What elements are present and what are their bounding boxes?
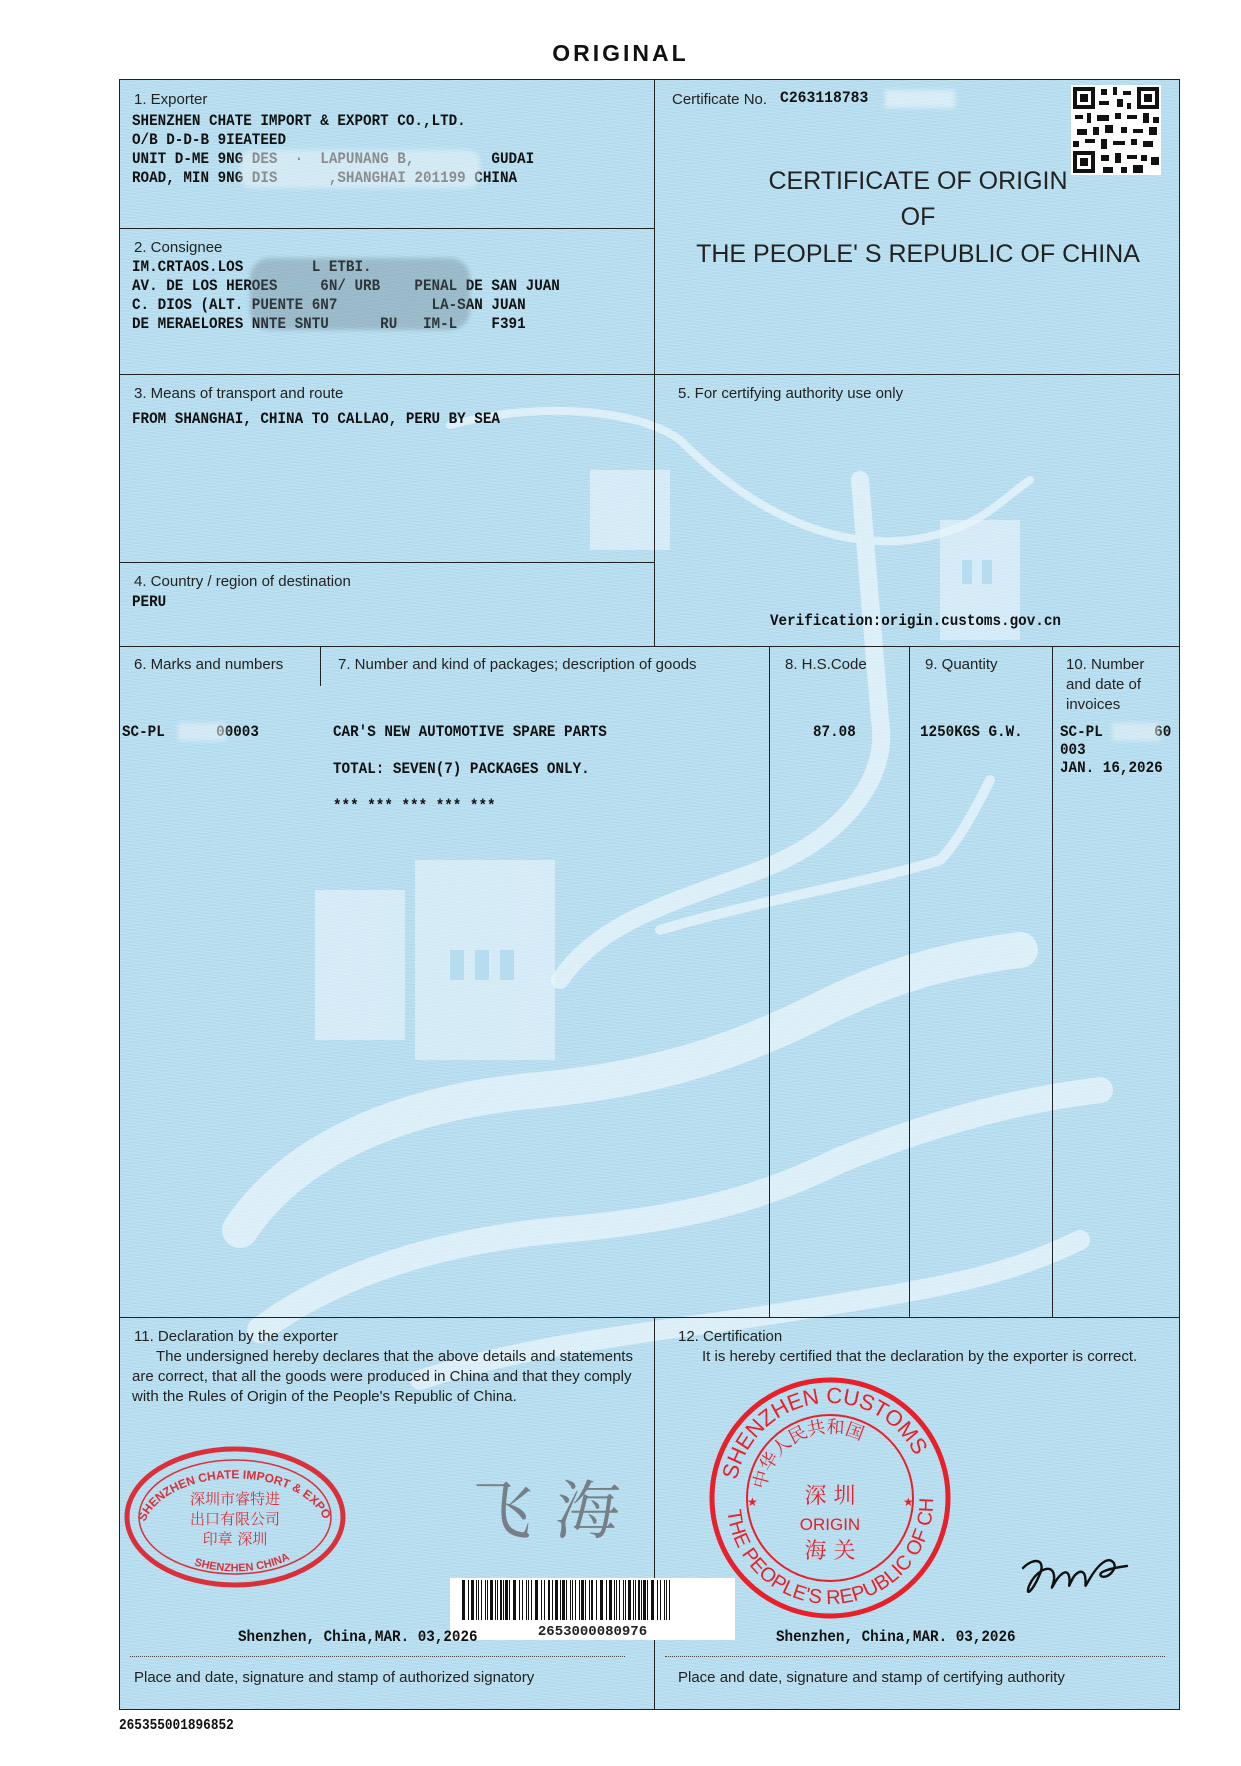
verification-text: Verification:origin.customs.gov.cn (770, 612, 1061, 631)
divider (120, 374, 1180, 375)
description-line: CAR'S NEW AUTOMOTIVE SPARE PARTS (333, 723, 607, 742)
destination-label: 4. Country / region of destination (134, 572, 351, 592)
stamp-bottom-text: THE PEOPLE'S REPUBLIC OF CHINA (705, 1373, 938, 1609)
certificate-number: C263118783 (780, 89, 868, 108)
exporter-line: SHENZHEN CHATE IMPORT & EXPORT CO.,LTD. (132, 112, 466, 131)
star-icon: ★ (747, 1495, 758, 1509)
svg-text:中华人民共和国: 中华人民共和国 (749, 1417, 866, 1492)
description-header: 7. Number and kind of packages; descript… (338, 655, 697, 675)
svg-text:SHENZHEN CHATE IMPORT & EXPORT: SHENZHEN CHATE IMPORT & EXPORT CO.,LTD. (120, 1442, 334, 1523)
authority-use-label: 5. For certifying authority use only (678, 384, 903, 404)
declaration-text: are correct, that all the goods were pro… (132, 1367, 631, 1387)
certifying-officer-signature (1015, 1546, 1135, 1606)
stamp-arc-cn: 中华人民共和国 (749, 1417, 866, 1492)
divider (769, 646, 770, 1317)
stamp-center-cn-bottom: 海 关 (805, 1539, 856, 1564)
barcode-number: 2653000080976 (450, 1624, 735, 1640)
redaction-blur (885, 90, 955, 108)
hs-code-header: 8. H.S.Code (785, 655, 867, 675)
description-line: *** *** *** *** *** (333, 797, 496, 816)
divider (320, 646, 321, 686)
declaration-label: 11. Declaration by the exporter (134, 1327, 338, 1347)
certificate-number-label: Certificate No. (672, 90, 767, 110)
svg-text:SHENZHEN CHINA: SHENZHEN CHINA (193, 1551, 291, 1574)
divider (120, 228, 655, 229)
divider (120, 562, 655, 563)
invoice-line: JAN. 16,2026 (1060, 759, 1163, 778)
stamp-inner-line: 深圳市睿特进 (190, 1490, 280, 1508)
declaration-text: with the Rules of Origin of the People's… (132, 1387, 517, 1407)
signature-dotted-line (130, 1656, 625, 1657)
exporter-signatory-caption: Place and date, signature and stamp of a… (134, 1668, 534, 1688)
marks-header: 6. Marks and numbers (134, 655, 283, 675)
invoice-header-line: 10. Number (1066, 655, 1144, 675)
stamp-center-en: ORIGIN (800, 1515, 860, 1534)
certificate-title: CERTIFICATE OF ORIGIN (655, 167, 1180, 196)
certificate-title-country: THE PEOPLE' S REPUBLIC OF CHINA (655, 240, 1180, 269)
document-title: ORIGINAL (0, 40, 1241, 67)
customs-stamp: SHENZHEN CUSTOMS THE PEOPLE'S REPUBLIC O… (705, 1373, 955, 1623)
exporter-label: 1. Exporter (134, 90, 207, 110)
signature-dotted-line (665, 1656, 1165, 1657)
exporter-line: O/B D-D-B 9IEATEED (132, 131, 286, 150)
quantity-header: 9. Quantity (925, 655, 998, 675)
certification-text: It is hereby certified that the declarat… (702, 1347, 1137, 1367)
invoice-header-line: invoices (1066, 695, 1120, 715)
document-serial-number: 265355001896852 (119, 1717, 234, 1734)
invoice-header-line: and date of (1066, 675, 1141, 695)
exporter-place-date: Shenzhen, China,MAR. 03,2026 (238, 1628, 478, 1647)
redaction-blur (240, 150, 480, 188)
star-icon: ★ (903, 1495, 914, 1509)
qr-code-icon (1071, 85, 1161, 175)
transport-label: 3. Means of transport and route (134, 384, 343, 404)
declaration-text: The undersigned hereby declares that the… (156, 1347, 633, 1367)
redaction-blur (250, 258, 470, 330)
exporter-company-stamp: SHENZHEN CHATE IMPORT & EXPORT CO.,LTD. … (120, 1442, 350, 1592)
stamp-bottom-text: SHENZHEN CHINA (193, 1551, 291, 1574)
divider (1052, 646, 1053, 1317)
stamp-inner-line: 印章 深圳 (203, 1530, 268, 1548)
stamp-center-cn-top: 深 圳 (805, 1484, 856, 1509)
transport-value: FROM SHANGHAI, CHINA TO CALLAO, PERU BY … (132, 410, 500, 429)
exporter-signature: 飞海 (465, 1460, 647, 1552)
certification-label: 12. Certification (678, 1327, 782, 1347)
stamp-outer-text: SHENZHEN CHATE IMPORT & EXPORT CO.,LTD. (120, 1442, 334, 1523)
quantity-value: 1250KGS G.W. (920, 723, 1023, 742)
redaction-blur (1112, 723, 1160, 741)
invoice-line: 003 (1060, 741, 1086, 760)
divider (120, 646, 1180, 647)
divider (654, 1317, 655, 1710)
stamp-top-text: SHENZHEN CUSTOMS (717, 1383, 933, 1482)
stamp-inner-line: 出口有限公司 (190, 1510, 280, 1528)
description-line: TOTAL: SEVEN(7) PACKAGES ONLY. (333, 760, 590, 779)
barcode: 2653000080976 (450, 1578, 735, 1640)
svg-text:SHENZHEN CUSTOMS: SHENZHEN CUSTOMS (717, 1383, 933, 1482)
destination-value: PERU (132, 593, 166, 612)
certificate-title-of: OF (655, 203, 1180, 232)
certification-place-date: Shenzhen, China,MAR. 03,2026 (776, 1628, 1016, 1647)
certificate-form: 1. Exporter SHENZHEN CHATE IMPORT & EXPO… (119, 79, 1180, 1710)
certifying-authority-caption: Place and date, signature and stamp of c… (678, 1668, 1065, 1688)
svg-text:THE PEOPLE'S REPUBLIC OF CHINA: THE PEOPLE'S REPUBLIC OF CHINA (705, 1373, 938, 1609)
divider (909, 646, 910, 1317)
divider (120, 1317, 1180, 1318)
consignee-label: 2. Consignee (134, 238, 222, 258)
redaction-blur (178, 723, 226, 741)
hs-code-value: 87.08 (813, 723, 856, 742)
